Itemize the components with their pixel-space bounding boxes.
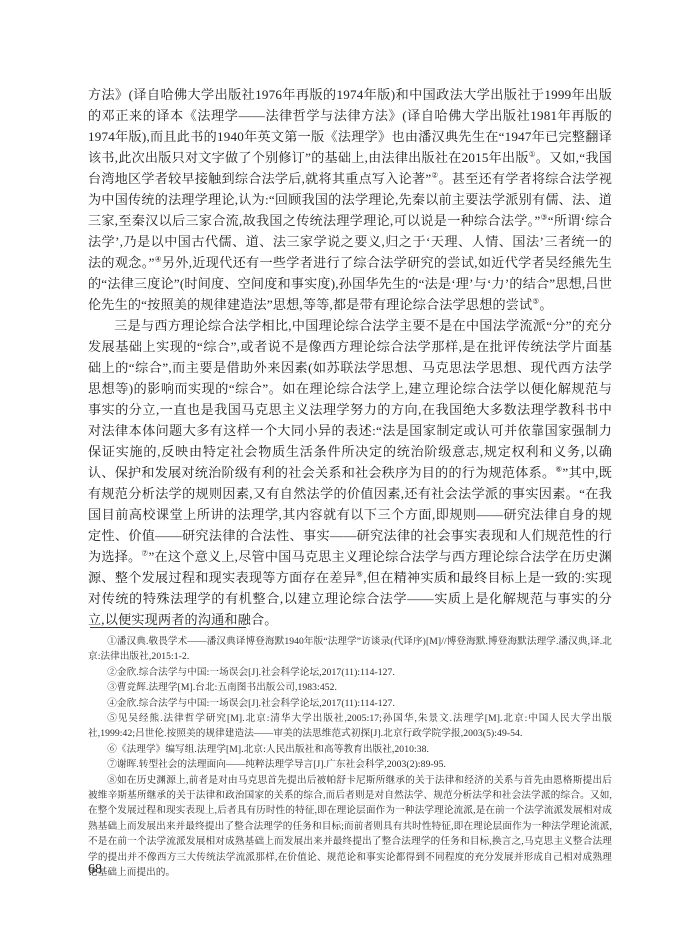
document-page: 方法》(译自哈佛大学出版社1976年再版的1974年版)和中国政法大学出版社于1… <box>0 0 700 943</box>
document-body: 方法》(译自哈佛大学出版社1976年再版的1974年版)和中国政法大学出版社于1… <box>88 84 612 630</box>
footnote-item: ⑤见吴经熊.法律哲学研究[M].北京:清华大学出版社,2005:17;孙国华,朱… <box>88 711 612 742</box>
footnote-item: ⑦谢晖.转型社会的法理面向——纯粹法理学导言[J].广东社会科学,2003(2)… <box>88 757 612 772</box>
footnote-item: ⑧如在历史渊源上,前者是对由马克思首先提出后被帕舒卡尼斯所继承的关于法律和经济的… <box>88 773 612 879</box>
footnote-section: ①潘汉典.敬畏学术——潘汉典译博登海默1940年版“法理学”访谈录(代译序)[M… <box>88 627 612 879</box>
footnote-separator <box>90 627 246 628</box>
paragraph: 三是与西方理论综合法学相比,中国理论综合法学主要不是在中国法学流派“分”的充分发… <box>88 315 612 630</box>
footnote-item: ③曹竞辉.法理学[M].台北:五南图书出版公司,1983:452. <box>88 680 612 695</box>
footnote-item: ④金欣.综合法学与中国:一场误会[J].社会科学论坛,2017(11):114-… <box>88 696 612 711</box>
page-number: 68 <box>88 862 102 878</box>
footnote-item: ⑥《法理学》编写组.法理学[M].北京:人民出版社和高等教育出版社,2010:3… <box>88 742 612 757</box>
footnote-item: ②金欣.综合法学与中国:一场误会[J].社会科学论坛,2017(11):114-… <box>88 665 612 680</box>
footnote-item: ①潘汉典.敬畏学术——潘汉典译博登海默1940年版“法理学”访谈录(代译序)[M… <box>88 634 612 665</box>
paragraph: 方法》(译自哈佛大学出版社1976年再版的1974年版)和中国政法大学出版社于1… <box>88 84 612 315</box>
